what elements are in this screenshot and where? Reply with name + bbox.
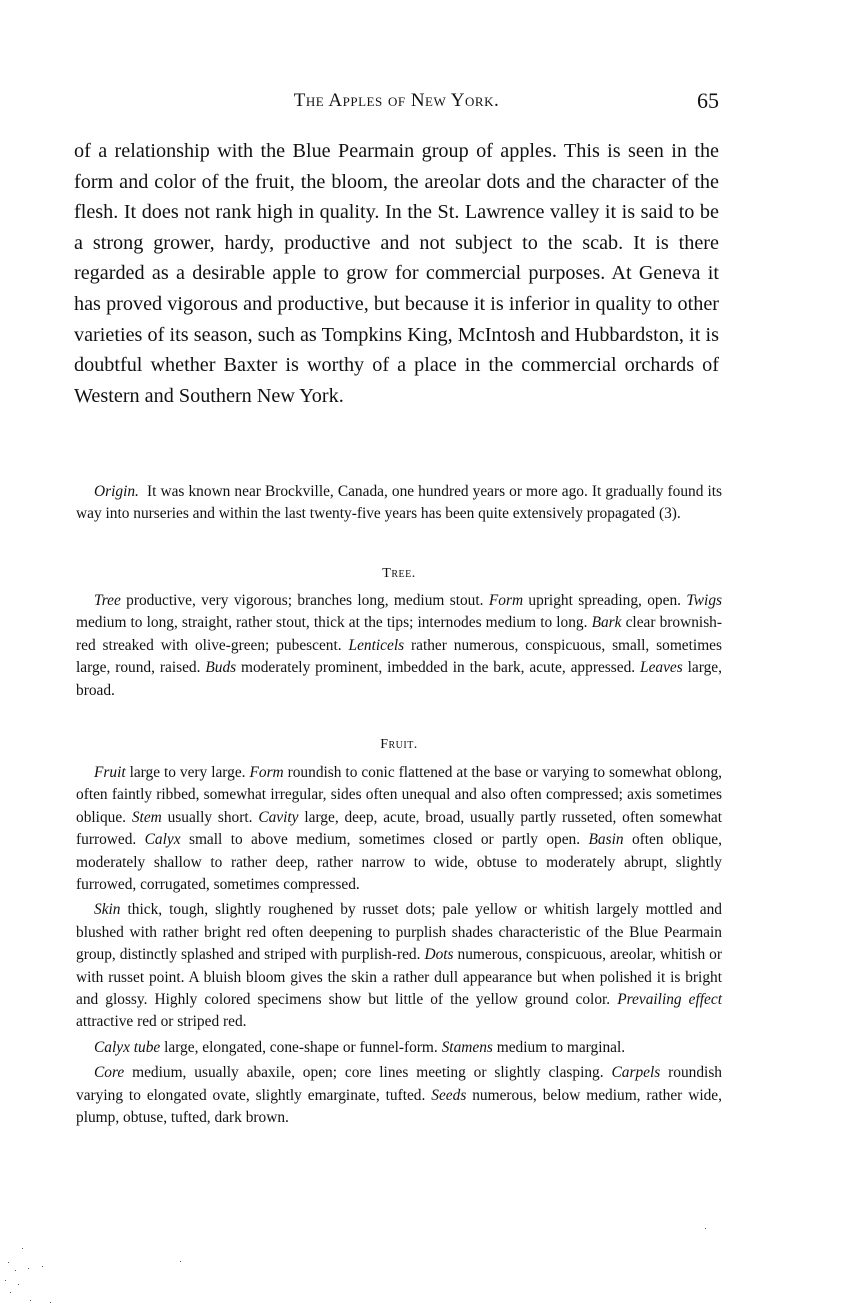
- term-core: Core: [94, 1064, 124, 1081]
- desc-text: large, elongated, cone-shape or funnel-f…: [160, 1039, 441, 1056]
- fruit-description: Fruit large to very large. Form roundish…: [76, 762, 722, 1130]
- term-calyx: Calyx: [145, 831, 181, 848]
- desc-text: small to above medium, sometimes closed …: [181, 831, 589, 848]
- fruit-paragraph-2: Skin thick, tough, slightly roughened by…: [76, 899, 722, 1033]
- tree-paragraph: Tree productive, very vigorous; branches…: [76, 590, 722, 702]
- term-lenticels: Lenticels: [349, 637, 405, 654]
- term-basin: Basin: [589, 831, 624, 848]
- term-stamens: Stamens: [442, 1039, 493, 1056]
- term-buds: Buds: [205, 659, 236, 676]
- desc-text: large to very large.: [126, 764, 250, 781]
- desc-text: attractive red or striped red.: [76, 1013, 247, 1030]
- term-fruit: Fruit: [94, 764, 126, 781]
- desc-text: moderately prominent, imbedded in the ba…: [236, 659, 640, 676]
- term-tree: Tree: [94, 592, 121, 609]
- term-bark: Bark: [592, 614, 622, 631]
- page-number: 65: [697, 88, 719, 114]
- fruit-paragraph-4: Core medium, usually abaxile, open; core…: [76, 1062, 722, 1129]
- fruit-paragraph-1: Fruit large to very large. Form roundish…: [76, 762, 722, 896]
- term-calyx-tube: Calyx tube: [94, 1039, 160, 1056]
- running-head: The Apples of New York. 65: [74, 88, 719, 118]
- term-seeds: Seeds: [431, 1087, 466, 1104]
- term-carpels: Carpels: [612, 1064, 661, 1081]
- desc-text: medium to marginal.: [493, 1039, 625, 1056]
- term-stem: Stem: [132, 809, 162, 826]
- desc-text: upright spreading, open.: [523, 592, 686, 609]
- desc-text: usually short.: [162, 809, 259, 826]
- desc-text: medium to long, straight, rather stout, …: [76, 614, 592, 631]
- term-form: Form: [249, 764, 283, 781]
- term-form: Form: [489, 592, 523, 609]
- intro-paragraph-text: of a relationship with the Blue Pearmain…: [74, 136, 719, 411]
- origin-label: Origin.: [94, 483, 139, 500]
- fruit-paragraph-3: Calyx tube large, elongated, cone-shape …: [76, 1037, 722, 1059]
- origin-text: It was known near Brockville, Canada, on…: [76, 483, 722, 522]
- term-twigs: Twigs: [686, 592, 722, 609]
- fruit-heading: Fruit.: [76, 737, 722, 753]
- desc-text: medium, usually abaxile, open; core line…: [124, 1064, 611, 1081]
- intro-paragraph: of a relationship with the Blue Pearmain…: [74, 136, 719, 411]
- term-leaves: Leaves: [640, 659, 683, 676]
- term-cavity: Cavity: [258, 809, 298, 826]
- tree-heading: Tree.: [76, 566, 722, 582]
- term-prevailing-effect: Prevailing effect: [617, 991, 722, 1008]
- desc-text: productive, very vigorous; branches long…: [121, 592, 489, 609]
- book-page: The Apples of New York. 65 of a relation…: [0, 0, 850, 1310]
- origin-paragraph: Origin. It was known near Brockville, Ca…: [76, 481, 722, 526]
- running-title: The Apples of New York.: [74, 90, 719, 112]
- term-skin: Skin: [94, 901, 121, 918]
- tree-description: Tree productive, very vigorous; branches…: [76, 590, 722, 702]
- term-dots: Dots: [424, 946, 453, 963]
